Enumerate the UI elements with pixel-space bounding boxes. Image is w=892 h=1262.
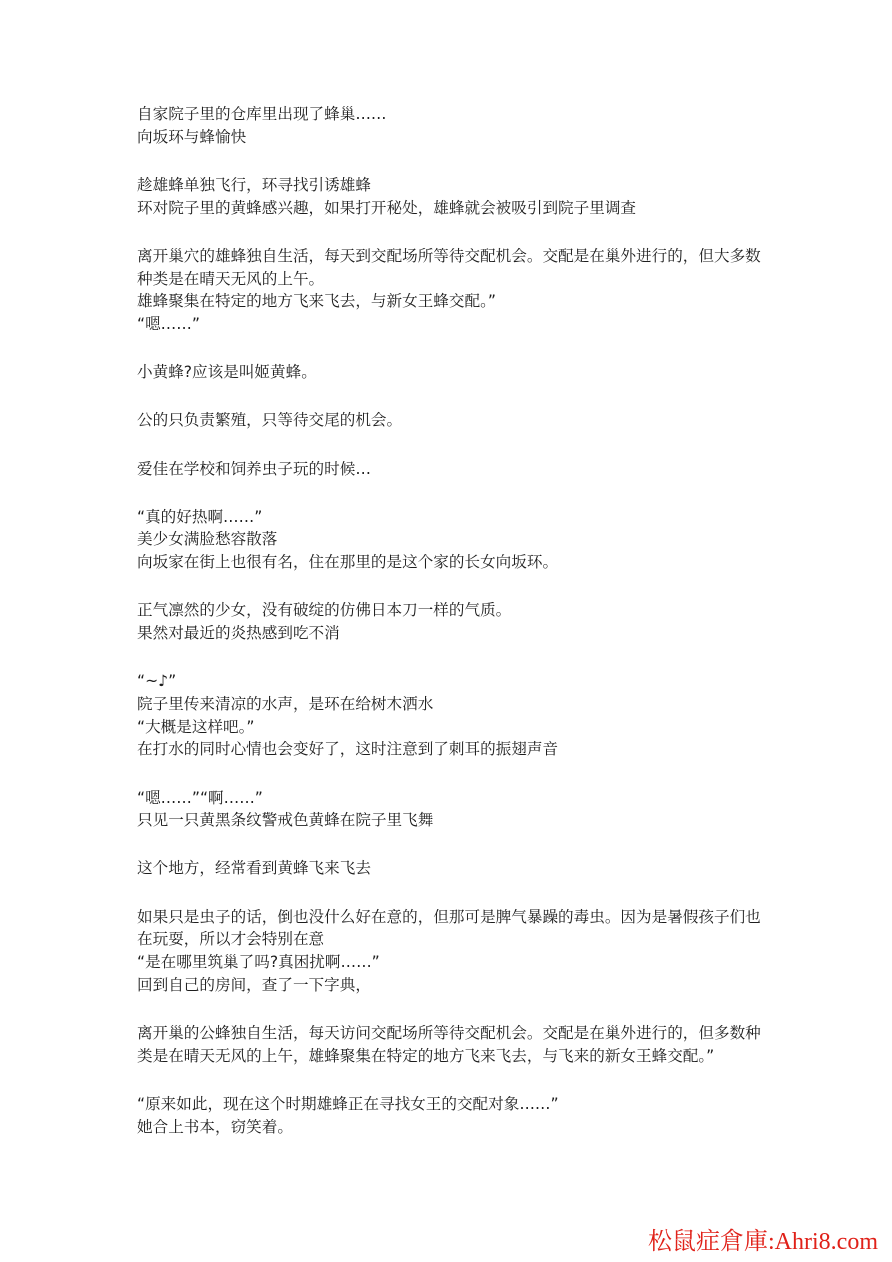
text-line: 回到自己的房间，查了一下字典， xyxy=(137,974,797,997)
text-line: “真的好热啊……” xyxy=(137,506,797,529)
text-line: 类是在晴天无风的上午，雄蜂聚集在特定的地方飞来飞去，与飞来的新女王蜂交配。” xyxy=(137,1045,797,1068)
paragraph: 趁雄蜂单独飞行，环寻找引诱雄蜂环对院子里的黄蜂感兴趣，如果打开秘处，雄蜂就会被吸… xyxy=(137,174,797,219)
text-line: “是在哪里筑巢了吗?真困扰啊……” xyxy=(137,951,797,974)
paragraph: 离开巢的公蜂独自生活，每天访问交配场所等待交配机会。交配是在巢外进行的，但多数种… xyxy=(137,1022,797,1067)
text-line: “嗯……” xyxy=(137,313,797,336)
paragraph: “原来如此，现在这个时期雄蜂正在寻找女王的交配对象……”她合上书本，窃笑着。 xyxy=(137,1093,797,1138)
paragraph: 这个地方，经常看到黄蜂飞来飞去 xyxy=(137,857,797,880)
text-line: “大概是这样吧。” xyxy=(137,716,797,739)
text-line: 院子里传来清凉的水声，是环在给树木洒水 xyxy=(137,693,797,716)
text-line: 向坂环与蜂愉快 xyxy=(137,126,797,149)
text-line: 公的只负责繁殖，只等待交尾的机会。 xyxy=(137,409,797,432)
text-line: 果然对最近的炎热感到吃不消 xyxy=(137,622,797,645)
paragraph: 如果只是虫子的话，倒也没什么好在意的，但那可是脾气暴躁的毒虫。因为是暑假孩子们也… xyxy=(137,906,797,997)
text-line: 雄蜂聚集在特定的地方飞来飞去，与新女王蜂交配。” xyxy=(137,290,797,313)
paragraph: “嗯……”“啊……”只见一只黄黑条纹警戒色黄蜂在院子里飞舞 xyxy=(137,787,797,832)
text-line: 在打水的同时心情也会变好了，这时注意到了刺耳的振翅声音 xyxy=(137,738,797,761)
paragraph: 自家院子里的仓库里出现了蜂巢……向坂环与蜂愉快 xyxy=(137,103,797,148)
text-line: “~♪” xyxy=(137,670,797,693)
text-line: 小黄蜂?应该是叫姬黄蜂。 xyxy=(137,361,797,384)
paragraph: “~♪”院子里传来清凉的水声，是环在给树木洒水“大概是这样吧。”在打水的同时心情… xyxy=(137,670,797,761)
text-line: “嗯……”“啊……” xyxy=(137,787,797,810)
text-line: “原来如此，现在这个时期雄蜂正在寻找女王的交配对象……” xyxy=(137,1093,797,1116)
paragraph: 爱佳在学校和饲养虫子玩的时候… xyxy=(137,458,797,481)
text-line: 只见一只黄黑条纹警戒色黄蜂在院子里飞舞 xyxy=(137,809,797,832)
text-line: 如果只是虫子的话，倒也没什么好在意的，但那可是脾气暴躁的毒虫。因为是暑假孩子们也 xyxy=(137,906,797,929)
watermark-text: 松鼠症倉庫:Ahri8.com xyxy=(648,1228,878,1256)
text-line: 在玩耍，所以才会特别在意 xyxy=(137,928,797,951)
paragraph: 小黄蜂?应该是叫姬黄蜂。 xyxy=(137,361,797,384)
paragraph: 公的只负责繁殖，只等待交尾的机会。 xyxy=(137,409,797,432)
paragraph: “真的好热啊……”美少女满脸愁容散落向坂家在街上也很有名，住在那里的是这个家的长… xyxy=(137,506,797,574)
text-line: 种类是在晴天无风的上午。 xyxy=(137,268,797,291)
text-line: 自家院子里的仓库里出现了蜂巢…… xyxy=(137,103,797,126)
document-body: 自家院子里的仓库里出现了蜂巢……向坂环与蜂愉快趁雄蜂单独飞行，环寻找引诱雄蜂环对… xyxy=(137,103,797,1138)
paragraph: 离开巢穴的雄蜂独自生活，每天到交配场所等待交配机会。交配是在巢外进行的，但大多数… xyxy=(137,245,797,336)
paragraph: 正气凛然的少女，没有破绽的仿佛日本刀一样的气质。果然对最近的炎热感到吃不消 xyxy=(137,599,797,644)
text-line: 离开巢穴的雄蜂独自生活，每天到交配场所等待交配机会。交配是在巢外进行的，但大多数 xyxy=(137,245,797,268)
text-line: 正气凛然的少女，没有破绽的仿佛日本刀一样的气质。 xyxy=(137,599,797,622)
text-line: 环对院子里的黄蜂感兴趣，如果打开秘处，雄蜂就会被吸引到院子里调查 xyxy=(137,197,797,220)
text-line: 她合上书本，窃笑着。 xyxy=(137,1116,797,1139)
text-line: 离开巢的公蜂独自生活，每天访问交配场所等待交配机会。交配是在巢外进行的，但多数种 xyxy=(137,1022,797,1045)
text-line: 趁雄蜂单独飞行，环寻找引诱雄蜂 xyxy=(137,174,797,197)
text-line: 这个地方，经常看到黄蜂飞来飞去 xyxy=(137,857,797,880)
text-line: 向坂家在街上也很有名，住在那里的是这个家的长女向坂环。 xyxy=(137,551,797,574)
text-line: 爱佳在学校和饲养虫子玩的时候… xyxy=(137,458,797,481)
text-line: 美少女满脸愁容散落 xyxy=(137,528,797,551)
